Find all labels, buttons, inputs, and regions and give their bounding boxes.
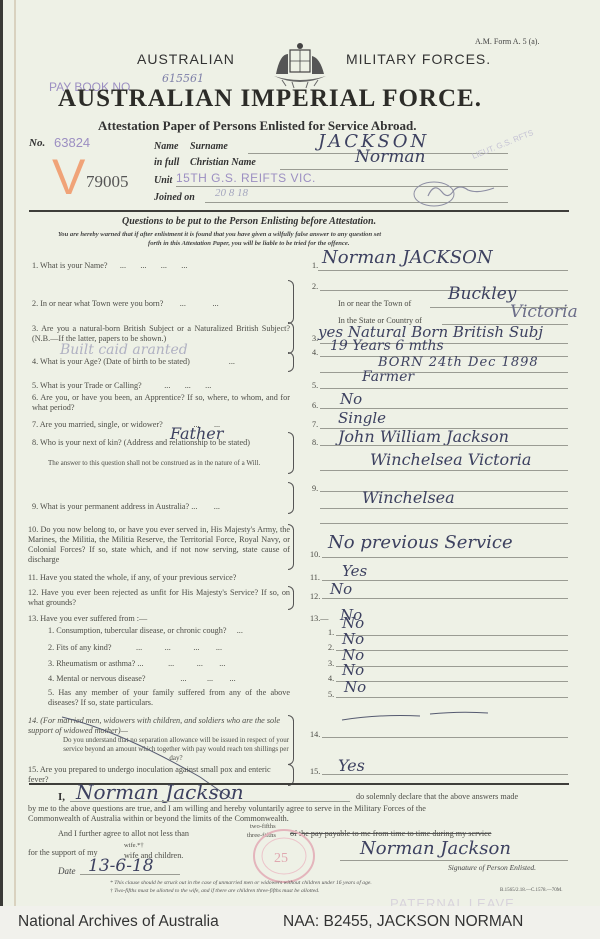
header-left: AUSTRALIAN	[137, 51, 235, 67]
questions-heading: Questions to be put to the Person Enlist…	[122, 216, 376, 227]
question-9: 9. What is your permanent address in Aus…	[32, 502, 220, 512]
answer-13-2-line	[336, 650, 568, 651]
date-value: 13-6-18	[88, 856, 154, 876]
question-10: 10. Do you now belong to, or have you ev…	[28, 525, 290, 565]
answer-2-line	[320, 290, 568, 291]
warning-line-2: forth in this Attestation Paper, you wil…	[148, 240, 349, 247]
brace-2	[288, 280, 294, 324]
question-11: 11. Have you stated the whole, if any, o…	[28, 573, 236, 583]
question-13-5: 5. Has any member of your family suffere…	[48, 688, 290, 708]
declaration-prefix: I,	[58, 791, 65, 803]
svg-text:25: 25	[274, 851, 288, 866]
attestation-paper: A.M. Form A. 5 (a). AUSTRALIAN MILITARY …	[0, 0, 600, 939]
fold-line	[14, 0, 16, 939]
christian-label: Christian Name	[190, 157, 256, 168]
answer-6: No	[340, 390, 362, 408]
answer-9: Winchelsea	[362, 488, 455, 507]
declaration-line-2: by me to the above questions are true, a…	[28, 804, 426, 814]
warning-line-1: You are hereby warned that if after enli…	[58, 231, 381, 238]
joined-value: 20 8 18	[215, 187, 248, 199]
regimental-number: 79005	[86, 172, 129, 192]
no-label: No.	[29, 137, 45, 149]
answer-4: 19 Years 6 mths	[330, 338, 444, 354]
answer-13-1-number: 1.	[328, 628, 334, 637]
question-3: 3. Are you a natural-born British Subjec…	[32, 324, 290, 344]
answer-11-number: 11.	[310, 573, 320, 582]
header-right: MILITARY FORCES.	[346, 51, 491, 67]
answer-8: John William Jackson	[338, 427, 509, 446]
date-label: Date	[58, 866, 76, 876]
answer-10: No previous Service	[328, 532, 513, 553]
archive-reference: NAA: B2455, JACKSON NORMAN	[283, 913, 523, 931]
answer-15-number: 15.	[310, 767, 320, 776]
answer-4-dob-line	[320, 372, 568, 373]
name-label: Name	[154, 141, 178, 152]
answer-13-3-line	[336, 666, 568, 667]
answer-10-number: 10.	[310, 550, 320, 559]
state-value: Victoria	[510, 302, 578, 322]
answer-13-4: No	[342, 661, 364, 679]
answer-13-5-number: 5.	[328, 690, 334, 699]
answer-14-line	[322, 737, 568, 738]
footnote-2: † Two-fifths must be allotted to the wif…	[110, 888, 319, 894]
question-2: 2. In or near what Town were you born? .…	[32, 299, 219, 309]
answer-12-line	[322, 598, 568, 599]
form-id: A.M. Form A. 5 (a).	[475, 37, 539, 46]
question-1: 1. What is your Name? ... ... ... ...	[32, 261, 187, 271]
town-label: In or near the Town of	[338, 299, 411, 308]
stamp-top: LIEUT. G.S. RFTS	[471, 128, 535, 161]
answer-7-number: 7.	[312, 420, 318, 429]
archive-caption-bar: National Archives of Australia NAA: B245…	[0, 906, 600, 939]
answer-5: Farmer	[362, 369, 414, 385]
answer-13-3-number: 3.	[328, 659, 334, 668]
answer-9-line	[320, 508, 568, 509]
joined-label: Joined on	[154, 192, 195, 203]
answer-13-4-number: 4.	[328, 674, 334, 683]
answer-13-1-line	[336, 635, 568, 636]
wife-option: wife.*†	[124, 842, 144, 849]
answer-1-line	[318, 270, 568, 271]
question-5: 5. What is your Trade or Calling? ... ..…	[32, 381, 211, 391]
brace-4	[288, 352, 294, 372]
answer-13-number: 13.—	[310, 614, 328, 623]
orange-v-mark: V	[52, 148, 85, 206]
question-8-note: The answer to this question shall not be…	[48, 459, 290, 468]
identity-divider	[29, 210, 569, 212]
question-13-1: 1. Consumption, tubercular disease, or c…	[48, 626, 243, 636]
question-4: 4. What is your Age? (Date of birth to b…	[32, 357, 235, 367]
question-8: 8. Who is your next of kin? (Address and…	[32, 438, 290, 448]
answer-5-number: 5.	[312, 381, 318, 390]
answer-15-line	[322, 774, 568, 775]
question-13-3: 3. Rheumatism or asthma? ... ... ... ...	[48, 659, 225, 669]
answer-15: Yes	[338, 756, 365, 775]
coat-of-arms-icon	[268, 40, 332, 90]
answer-13-5-line	[336, 697, 568, 698]
answer-2-number: 2.	[312, 282, 318, 291]
answer-8-number: 8.	[312, 438, 318, 447]
answer-8-address: Winchelsea Victoria	[370, 450, 531, 469]
in-full-label: in full	[154, 157, 179, 168]
answer-8-address-line	[320, 470, 568, 471]
unit-label: Unit	[154, 175, 172, 186]
archive-name: National Archives of Australia	[18, 913, 219, 931]
date-line	[80, 874, 180, 875]
christian-line	[280, 169, 508, 170]
print-code: B.1565/2.18.—C.1578.—70M.	[500, 888, 563, 893]
signature: Norman Jackson	[360, 838, 511, 859]
answer-5-line	[320, 388, 568, 389]
question-12: 12. Have you ever been rejected as unfit…	[28, 588, 290, 608]
question-13-4: 4. Mental or nervous disease? ... ... ..…	[48, 674, 236, 684]
christian-value: Norman	[355, 147, 425, 167]
question-13-2: 2. Fits of any kind? ... ... ... ...	[48, 643, 222, 653]
answer-4-number: 4.	[312, 348, 318, 357]
signature-label: Signature of Person Enlisted.	[448, 863, 536, 872]
town-value: Buckley	[448, 284, 516, 304]
answer-12: No	[330, 580, 352, 598]
red-circular-stamp: 25	[250, 828, 318, 884]
answer-13-4-line	[336, 681, 568, 682]
unit-value: 15TH G.S. REIFTS VIC.	[176, 171, 316, 185]
answer-12-number: 12.	[310, 592, 320, 601]
answer-13-5: No	[344, 678, 366, 696]
answer-6-number: 6.	[312, 401, 318, 410]
question-6: 6. Are you, or have you been, an Apprent…	[32, 393, 290, 413]
page-edge	[0, 0, 3, 939]
pay-book-value: 615561	[162, 72, 204, 85]
answer-1: Norman JACKSON	[322, 247, 493, 268]
declaration-name-line	[70, 801, 350, 802]
answer-14-number: 14.	[310, 730, 320, 739]
allot-text: And I further agree to allot not less th…	[58, 829, 189, 839]
answer-11-line	[322, 580, 568, 581]
answer-10-line	[322, 557, 568, 558]
answer-7: Single	[338, 409, 386, 427]
surname-label: Surname	[190, 141, 228, 152]
answer-8-line	[320, 445, 568, 446]
answer-9-line-2	[320, 523, 568, 524]
brace-9	[288, 482, 294, 514]
faint-pencil-note: Built caid aranted	[60, 342, 188, 358]
initials-scribble-icon	[410, 178, 500, 210]
answer-4-dob: BORN 24th Dec 1898	[378, 355, 539, 370]
answer-1-number: 1.	[312, 261, 318, 270]
signature-line	[340, 860, 568, 861]
document-title: AUSTRALIAN IMPERIAL FORCE.	[58, 85, 482, 113]
answer-13-2-number: 2.	[328, 643, 334, 652]
answer-14-dash	[340, 708, 490, 724]
question-13: 13. Have you ever suffered from :—	[28, 614, 147, 624]
footnote-1: * This clause should be struck out in th…	[110, 880, 372, 886]
answer-9-number: 9.	[312, 484, 318, 493]
declaration-line-1: do solemnly declare that the above answe…	[356, 792, 518, 802]
answer-11: Yes	[342, 562, 367, 580]
